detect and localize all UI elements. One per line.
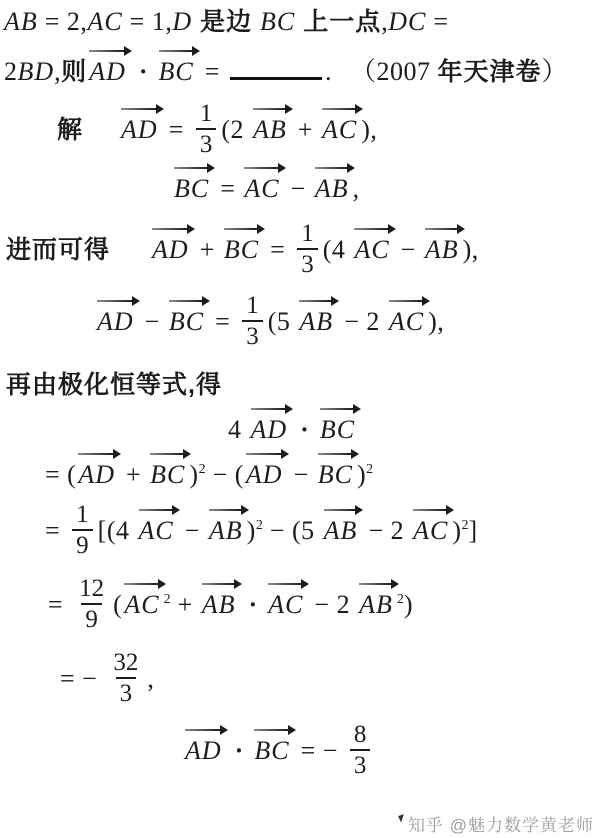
vector: AC <box>122 587 163 620</box>
math-line: AB = 2,AC = 1,D 是边 BC 上一点,DC = <box>4 6 600 37</box>
vector: AB <box>423 232 463 265</box>
chinese-bold-text: 上一点 <box>295 8 381 36</box>
math-roman-text: ( <box>113 590 122 619</box>
math-roman-text: = <box>213 174 242 203</box>
math-italic-text: AB <box>4 7 38 36</box>
math-roman-text: + <box>171 590 200 619</box>
math-roman-text: + <box>119 460 148 489</box>
fraction-denominator: 9 <box>72 529 93 559</box>
superscript: 2 <box>462 518 469 533</box>
math-roman-text: (5 <box>268 307 298 336</box>
math-roman-text: − <box>287 460 316 489</box>
math-roman-text: − <box>138 307 167 336</box>
math-roman-text: （2007 <box>350 57 438 86</box>
math-roman-text: = <box>426 7 448 36</box>
math-italic-text: DC <box>388 7 426 36</box>
superscript: 2 <box>397 592 404 607</box>
vector: AD <box>244 457 287 490</box>
fraction: 19 <box>72 501 93 559</box>
math-line: 4 AD·BC <box>228 412 600 445</box>
superscript: 2 <box>164 592 171 607</box>
vector: BC <box>252 733 293 766</box>
math-roman-text: = − <box>294 736 345 765</box>
dot-operator: · <box>226 736 253 765</box>
vector: AB <box>297 304 337 337</box>
math-roman-text: − 2 <box>361 516 411 545</box>
vector: AB <box>200 587 240 620</box>
vector: AB <box>207 513 247 546</box>
math-roman-text: (2 <box>221 115 251 144</box>
chinese-bold-text: 是边 <box>192 8 260 36</box>
math-roman-text: ), <box>463 235 479 264</box>
vector: BC <box>167 304 208 337</box>
chinese-bold-text: 再由极化恒等式,得 <box>6 371 222 399</box>
math-line: = − 323, <box>60 652 600 710</box>
math-line: 进而可得AD + BC = 13(4 AC − AB), <box>6 223 600 281</box>
math-roman-text: , <box>147 664 154 693</box>
math-roman-text: − 2 <box>307 590 357 619</box>
fraction-numerator: 1 <box>297 220 318 248</box>
vector: BC <box>318 412 359 445</box>
math-roman-text: = <box>48 590 70 619</box>
math-roman-text: = 1, <box>123 7 173 36</box>
math-roman-text: ] <box>469 516 478 545</box>
math-roman-text: + <box>193 235 222 264</box>
math-roman-text: ) <box>452 516 461 545</box>
vector: BC <box>222 232 263 265</box>
math-roman-text: − ( <box>206 460 244 489</box>
vector: AB <box>313 171 353 204</box>
dot-operator: · <box>240 590 267 619</box>
math-roman-text: , <box>353 174 360 203</box>
math-roman-text: . <box>325 57 332 86</box>
math-roman-text: − 2 <box>337 307 387 336</box>
math-roman-text: = <box>45 516 67 545</box>
math-solution: AB = 2,AC = 1,D 是边 BC 上一点,DC =2BD,则AD·BC… <box>0 6 600 782</box>
math-line: 再由极化恒等式,得 <box>6 369 600 400</box>
vector: AD <box>150 232 193 265</box>
fraction: 129 <box>75 575 108 633</box>
cursor-icon <box>398 814 406 823</box>
fraction-denominator: 3 <box>242 320 263 350</box>
vector: AD <box>87 54 130 87</box>
fraction-numerator: 1 <box>242 292 263 320</box>
math-roman-text: − <box>178 516 207 545</box>
math-line: = 129(AC2 + AB·AC − 2 AB2) <box>48 578 600 636</box>
watermark-text: 知乎 @魅力数学黄老师 <box>408 811 594 836</box>
superscript: 2 <box>366 462 373 477</box>
vector: BC <box>316 457 357 490</box>
fraction: 323 <box>109 649 142 707</box>
watermark: 知乎 @魅力数学黄老师 <box>399 811 594 836</box>
fraction: 13 <box>297 220 318 278</box>
math-line: 解AD = 13(2 AB + AC), <box>57 103 600 161</box>
vector: AC <box>137 513 178 546</box>
math-roman-text: − (5 <box>263 516 322 545</box>
math-roman-text: − <box>284 174 313 203</box>
fraction: 83 <box>350 721 371 779</box>
vector: BC <box>148 457 189 490</box>
fraction: 13 <box>196 100 217 158</box>
vector: AC <box>387 304 428 337</box>
math-italic-text: BC <box>260 7 295 36</box>
vector: AC <box>352 232 393 265</box>
chinese-bold-text: 解 <box>57 116 83 144</box>
answer-blank <box>230 51 322 80</box>
fraction-numerator: 8 <box>350 721 371 749</box>
math-line: AD − BC = 13(5 AB − 2 AC), <box>95 295 600 353</box>
math-line: = (AD + BC)2 − (AD − BC)2 <box>45 457 600 490</box>
math-roman-text: 2 <box>4 57 18 86</box>
fraction-denominator: 3 <box>196 128 217 158</box>
fraction-numerator: 1 <box>196 100 217 128</box>
vector: AB <box>357 587 397 620</box>
vector: AC <box>320 112 361 145</box>
math-roman-text: ) <box>357 460 366 489</box>
vector: AB <box>251 112 291 145</box>
chinese-bold-text: 则 <box>61 58 87 86</box>
math-italic-text: D <box>172 7 192 36</box>
math-line: 2BD,则AD·BC = .（2007 年天津卷） <box>4 51 600 87</box>
math-roman-text: ), <box>361 115 377 144</box>
fraction: 13 <box>242 292 263 350</box>
math-roman-text: ) <box>189 460 198 489</box>
vector: AB <box>322 513 362 546</box>
vector: AD <box>119 112 162 145</box>
fraction-denominator: 3 <box>297 248 318 278</box>
math-roman-text: = <box>198 57 227 86</box>
vector: AC <box>411 513 452 546</box>
vector: AD <box>76 457 119 490</box>
fraction-numerator: 12 <box>75 575 108 603</box>
document-page: AB = 2,AC = 1,D 是边 BC 上一点,DC =2BD,则AD·BC… <box>0 6 600 838</box>
math-roman-text: = <box>263 235 292 264</box>
math-roman-text: ） <box>541 57 568 86</box>
math-roman-text: ), <box>428 307 444 336</box>
math-line: AD·BC = − 83 <box>183 724 600 782</box>
vector: AD <box>183 733 226 766</box>
fraction-numerator: 1 <box>72 501 93 529</box>
math-roman-text: − <box>394 235 423 264</box>
dot-operator: · <box>291 415 318 444</box>
math-roman-text: [(4 <box>98 516 137 545</box>
vector: AD <box>95 304 138 337</box>
math-roman-text: = <box>208 307 237 336</box>
vector: BC <box>157 54 198 87</box>
fraction-numerator: 32 <box>109 649 142 677</box>
superscript: 2 <box>199 462 206 477</box>
math-italic-text: BD <box>18 57 55 86</box>
dot-operator: · <box>130 57 157 86</box>
math-italic-text: AC <box>87 7 122 36</box>
vector: BC <box>172 171 213 204</box>
chinese-bold-text: 进而可得 <box>6 236 110 264</box>
math-roman-text: = ( <box>45 460 76 489</box>
math-roman-text: + <box>291 115 320 144</box>
vector: AD <box>249 412 292 445</box>
fraction-denominator: 3 <box>116 677 137 707</box>
fraction-denominator: 3 <box>350 749 371 779</box>
math-roman-text: (4 <box>323 235 353 264</box>
chinese-bold-text: 年天津卷 <box>437 58 541 86</box>
math-roman-text: = 2, <box>38 7 88 36</box>
vector: AC <box>266 587 307 620</box>
vector: AC <box>242 171 283 204</box>
fraction-denominator: 9 <box>81 603 102 633</box>
math-roman-text: ) <box>247 516 256 545</box>
math-roman-text: 4 <box>228 415 249 444</box>
superscript: 2 <box>256 518 263 533</box>
math-roman-text: = − <box>60 664 104 693</box>
math-roman-text: ) <box>404 590 413 619</box>
math-line: = 19[(4 AC − AB)2 − (5 AB − 2 AC)2] <box>45 504 600 562</box>
math-line: BC = AC − AB, <box>172 171 600 204</box>
math-roman-text: = <box>162 115 191 144</box>
